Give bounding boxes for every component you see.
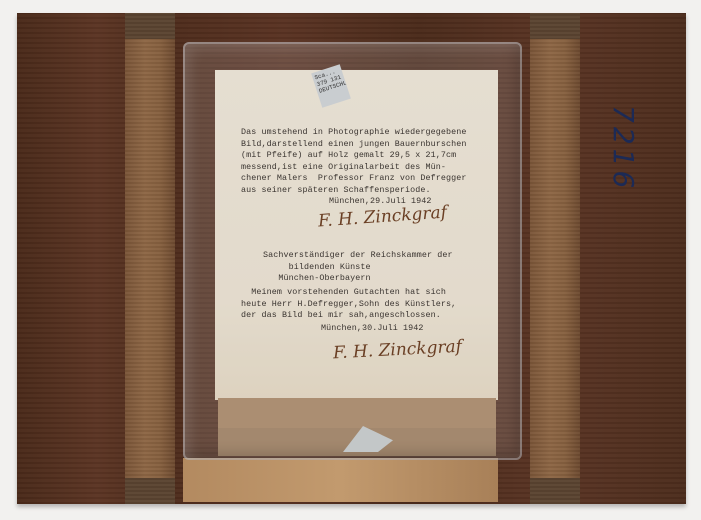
right-batten (530, 13, 580, 504)
left-batten (125, 13, 175, 504)
certificate-paragraph: Meinem vorstehenden Gutachten hat sich h… (241, 287, 456, 322)
certificate-paragraph: Das umstehend in Photographie wiedergege… (241, 127, 467, 196)
inventory-number: 7216 (607, 105, 640, 192)
certificate-title: Sachverständiger der Reichskammer der bi… (263, 250, 453, 285)
certificate-date: München,30.Juli 1942 (321, 323, 424, 335)
wood-strip (183, 458, 498, 502)
